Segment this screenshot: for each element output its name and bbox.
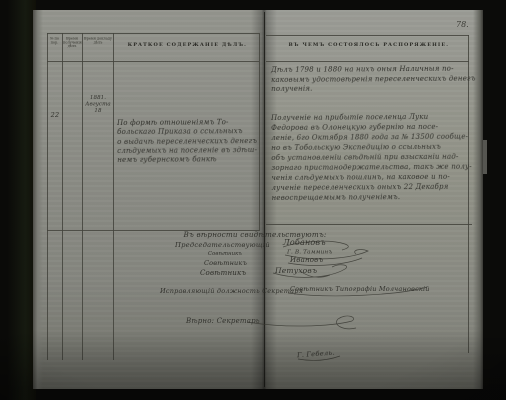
right-table-header-rule	[266, 61, 469, 62]
book-spine-line	[264, 12, 265, 387]
signature: Совѣтникъ Типографіи Молчановскій	[290, 285, 430, 293]
right-note-text: Дѣлъ 1798 и 1880 на нихъ оныя Наличныя п…	[271, 65, 471, 95]
right-body-text: Полученіе на прибытіе поселенца Луки Фед…	[271, 112, 476, 203]
left-table-top-rule	[47, 33, 259, 34]
left-table-col2-rule	[82, 33, 83, 360]
right-table-row-rule	[266, 224, 472, 225]
handwritten-line: невоспрещаемымъ полученіемъ.	[272, 192, 476, 203]
signature: Г. В. Тамминъ	[287, 249, 332, 255]
column-header-number: № по пор.	[48, 37, 61, 45]
page-number: 78.	[456, 20, 469, 29]
signature: Ивановъ	[290, 256, 323, 264]
handwritten-line: полученія.	[271, 84, 471, 95]
entry-number: 22	[48, 111, 62, 119]
handwritten-line: больскаго Приказа о ссыльныхъ	[117, 127, 261, 137]
scanned-ledger-photo: 78. № по пор. Время полученія дѣлъ Время…	[0, 0, 506, 400]
left-table-col3-rule	[113, 33, 114, 360]
signature: Петуховъ	[275, 266, 317, 275]
signer-title: Председательствующій	[175, 241, 270, 249]
right-table-top-rule	[266, 35, 469, 36]
attestation-line: Въ вѣрности свидѣтельствуютъ:	[150, 230, 360, 239]
certified-line: Вѣрно: Секретарь	[186, 317, 260, 325]
handwritten-line: слѣдуемыхъ на поселеніе въ здѣш-	[117, 146, 261, 156]
page-edge-highlight	[483, 140, 487, 174]
left-table-col1-rule	[62, 33, 63, 360]
left-table-border-left	[47, 33, 48, 360]
entry-date-day: 18	[84, 107, 112, 114]
column-header-received: Время полученія дѣлъ	[63, 37, 81, 48]
entry-date: 1881. Августа 18	[84, 94, 112, 114]
signer-title: Совѣтникъ	[204, 259, 247, 267]
left-page-edge	[33, 10, 43, 389]
ledger-left-page	[33, 10, 263, 389]
signer-title: Исправляющій должность Секретаря	[160, 287, 303, 295]
scan-border-left	[0, 0, 36, 400]
left-section-header: КРАТКОЕ СОДЕРЖАНІЕ ДѢЛЪ.	[118, 42, 257, 48]
signer-title: Совѣтникъ	[208, 251, 242, 257]
left-table-header-rule	[47, 61, 259, 62]
left-entry-text: По формѣ отношеніямъ То- больскаго Прика…	[117, 118, 261, 165]
right-section-header: ВЪ ЧЕМЪ СОСТОЯЛОСЬ РАСПОРЯЖЕНІЕ.	[278, 42, 460, 48]
column-header-reported: Время докладу дѣлъ	[84, 37, 112, 45]
signer-title: Совѣтникъ	[200, 269, 246, 277]
handwritten-line: немъ губернскомъ банкѣ	[117, 155, 261, 165]
handwritten-line: каковымъ удостовѣренія переселенческихъ …	[271, 74, 471, 85]
signature: Лобановъ	[283, 238, 326, 247]
